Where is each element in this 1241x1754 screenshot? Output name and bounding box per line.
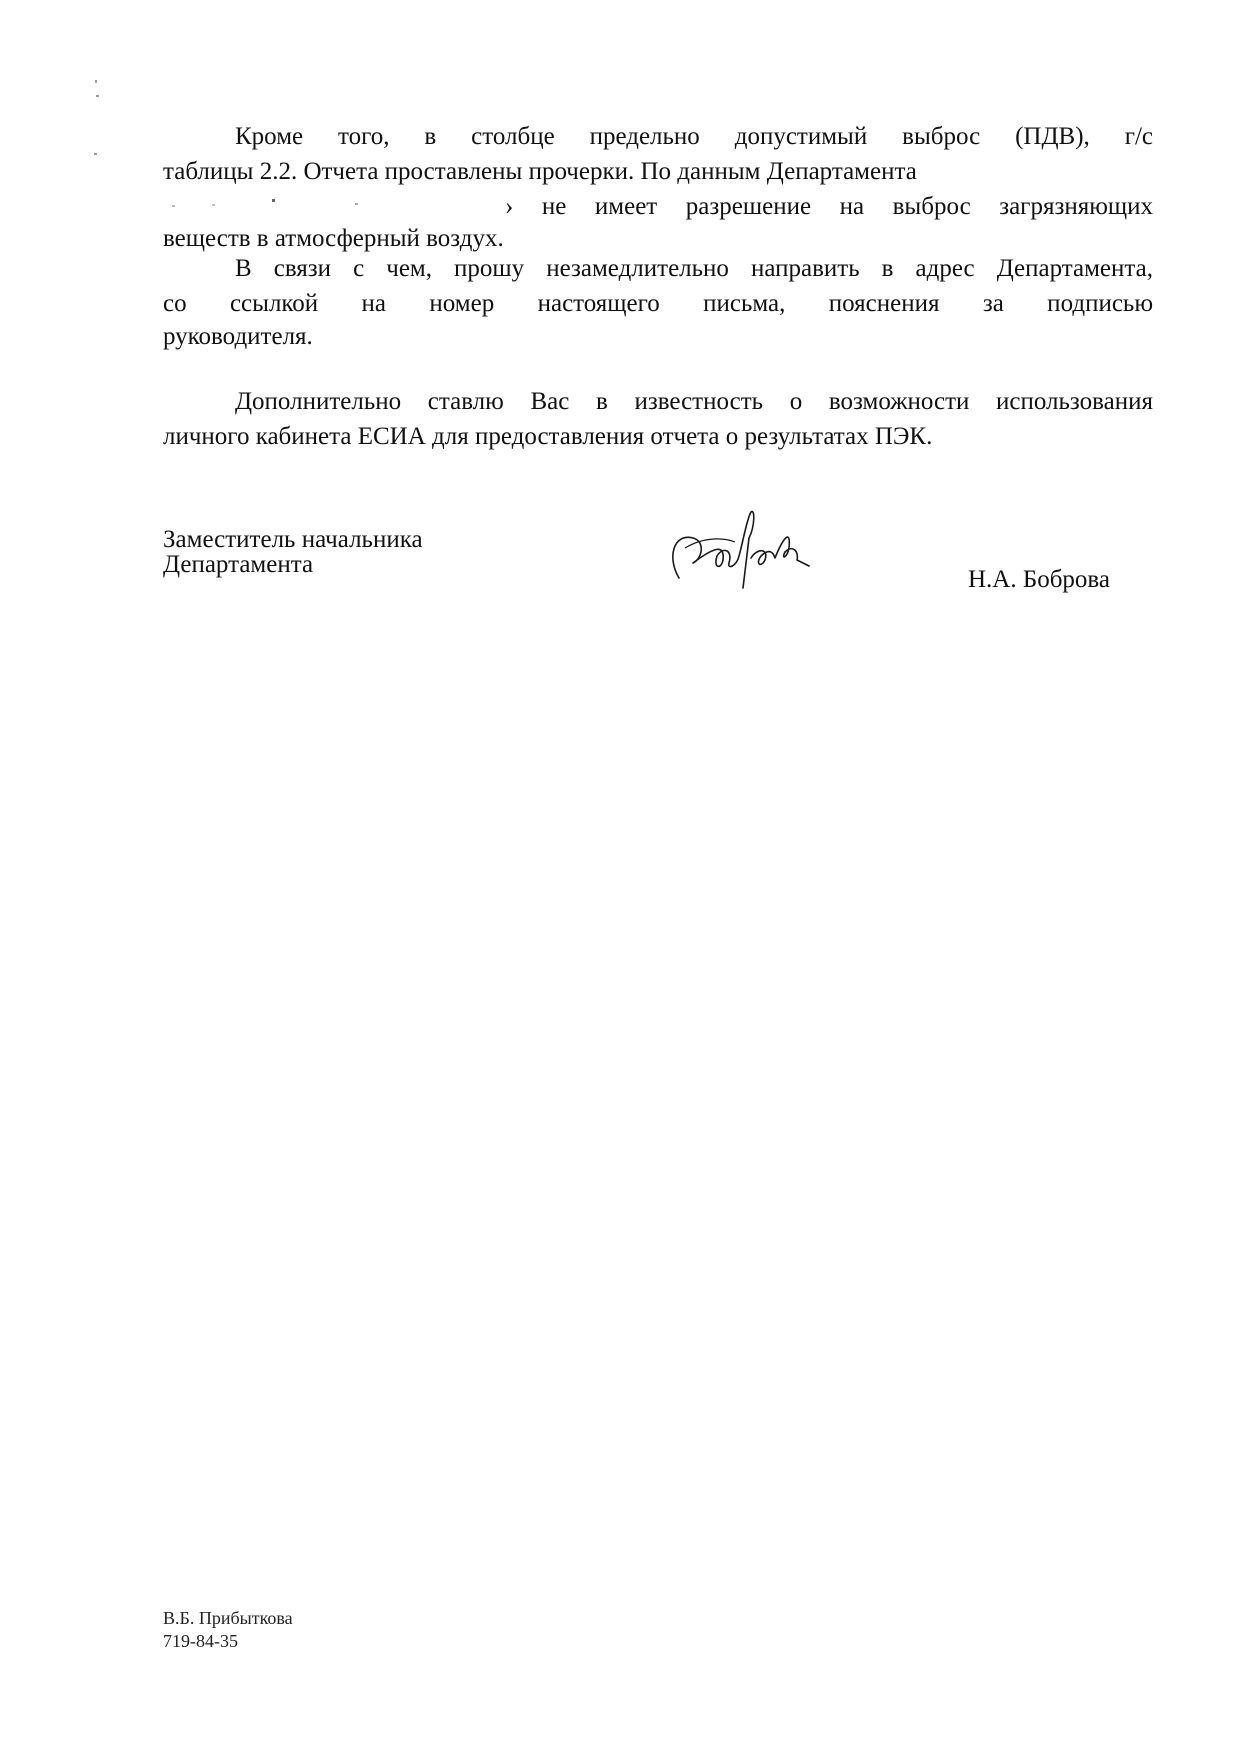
signatory-name: Н.А. Боброва: [968, 563, 1110, 596]
redaction-artifact: [355, 203, 358, 205]
scan-artifact: [94, 153, 97, 155]
paragraph-2-line-2: со ссылкой на номер настоящего письма, п…: [163, 287, 1153, 320]
letter-page: Кроме того, в столбце предельно допустим…: [0, 0, 1241, 1754]
redaction-artifact: [272, 199, 275, 202]
paragraph-3-line-1: Дополнительно ставлю Вас в известность о…: [235, 385, 1153, 418]
redaction-artifact: [172, 205, 175, 207]
scan-artifact: [96, 95, 99, 97]
redaction-artifact: [212, 204, 215, 206]
signatory-position-line-2: Департамента: [163, 551, 313, 579]
scan-artifact: [95, 80, 97, 83]
executor-name: В.Б. Прибыткова: [163, 1607, 293, 1629]
paragraph-1-line-1: Кроме того, в столбце предельно допустим…: [235, 120, 1153, 153]
paragraph-1-line-3: › не имеет разрешение на выброс загрязня…: [505, 190, 1153, 223]
handwritten-signature: [665, 508, 845, 598]
paragraph-1-line-4: веществ в атмосферный воздух.: [163, 222, 504, 255]
executor-phone: 719-84-35: [163, 1630, 238, 1652]
paragraph-3-line-2: личного кабинета ЕСИА для предоставления…: [163, 420, 932, 453]
paragraph-2-line-1: В связи с чем, прошу незамедлительно нап…: [235, 252, 1153, 285]
signatory-position-line-1: Заместитель начальника: [163, 526, 423, 554]
paragraph-2-line-3: руководителя.: [163, 320, 313, 353]
paragraph-1-line-2: таблицы 2.2. Отчета проставлены прочерки…: [163, 155, 917, 188]
